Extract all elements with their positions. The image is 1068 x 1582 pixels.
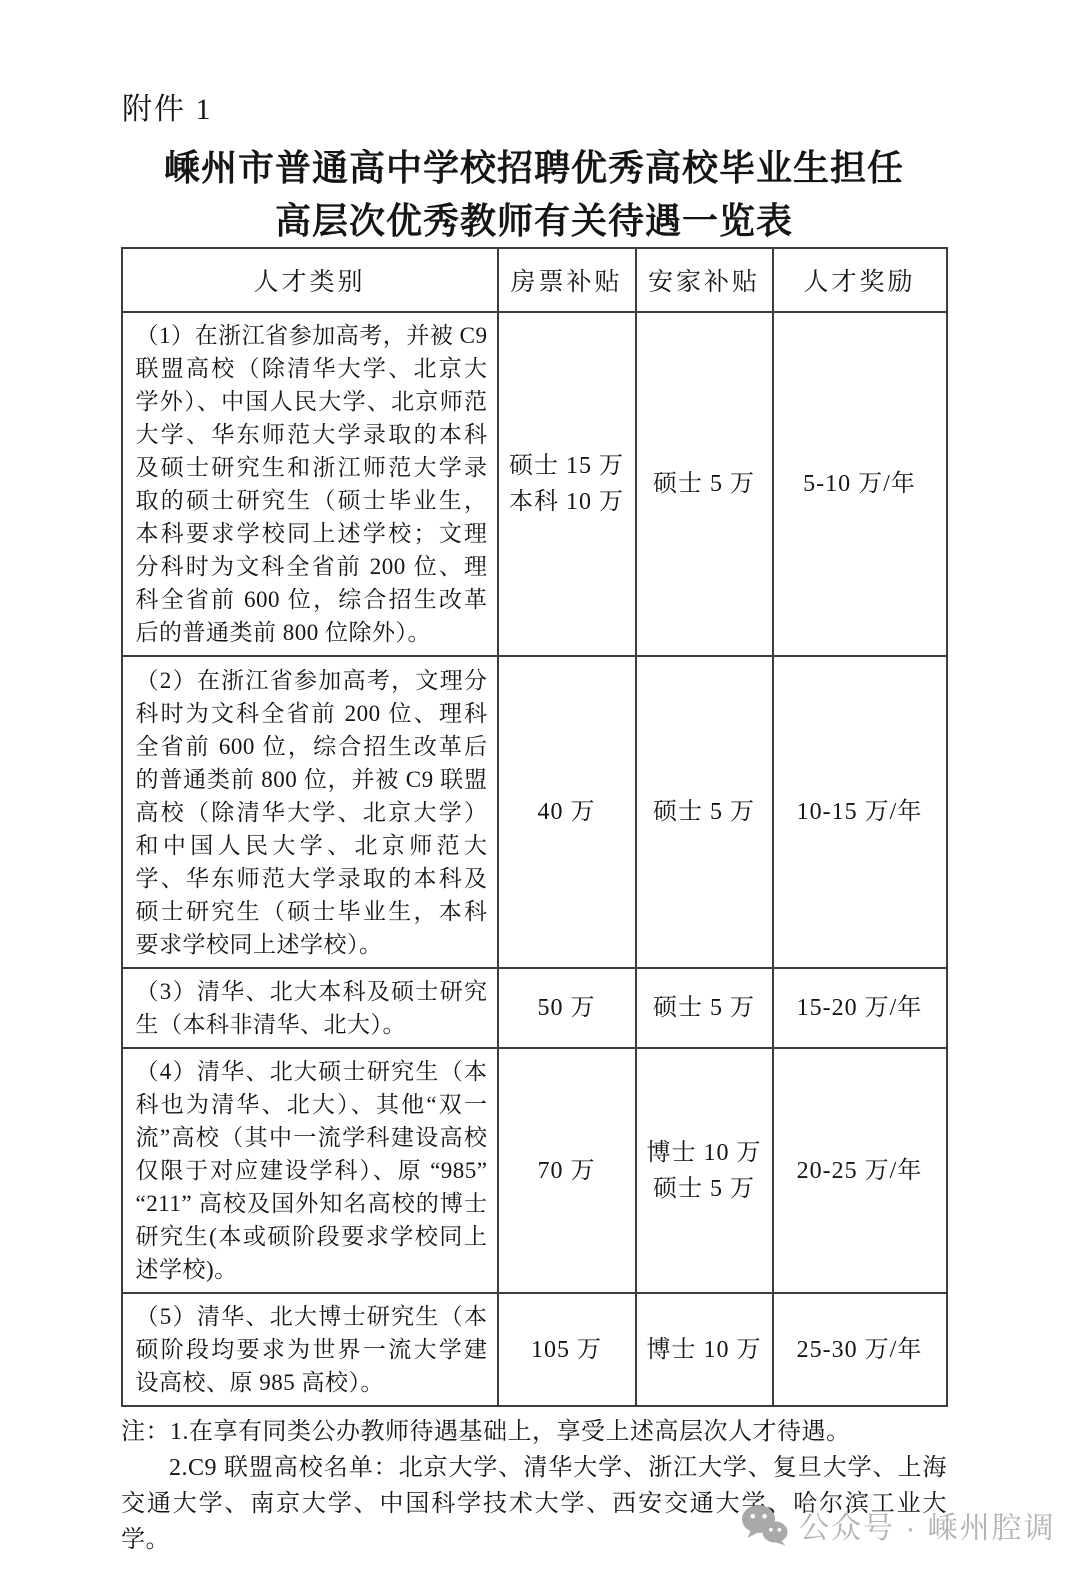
footnote-1: 注：1.在享有同类公办教师待遇基础上，享受上述高层次人才待遇。 [121, 1414, 947, 1450]
header-housing-subsidy: 房票补贴 [498, 248, 636, 312]
cell-talent-reward: 20-25 万/年 [773, 1048, 947, 1293]
document-page: 附件 1 嵊州市普通高中学校招聘优秀高校毕业生担任 高层次优秀教师有关待遇一览表… [0, 0, 1068, 1582]
cell-housing-subsidy: 硕士 15 万 本科 10 万 [498, 312, 636, 656]
header-settling-subsidy: 安家补贴 [636, 248, 773, 312]
page-title-line2: 高层次优秀教师有关待遇一览表 [0, 194, 1068, 247]
table-row: （5）清华、北大博士研究生（本硕阶段均要求为世界一流大学建设高校、原 985 高… [122, 1293, 947, 1406]
cell-talent-category: （3）清华、北大本科及硕士研究生（本科非清华、北大）。 [122, 968, 498, 1048]
cell-settling-subsidy: 博士 10 万 [636, 1293, 773, 1406]
cell-talent-reward: 15-20 万/年 [773, 968, 947, 1048]
cell-settling-subsidy: 硕士 5 万 [636, 968, 773, 1048]
cell-housing-subsidy: 40 万 [498, 656, 636, 968]
wechat-watermark: 公众号 · 嵊州腔调 [741, 1503, 1056, 1547]
table-header-row: 人才类别 房票补贴 安家补贴 人才奖励 [122, 248, 947, 312]
header-talent-reward: 人才奖励 [773, 248, 947, 312]
cell-talent-category: （1）在浙江省参加高考，并被 C9 联盟高校（除清华大学、北京大学外）、中国人民… [122, 312, 498, 656]
table-row: （2）在浙江省参加高考，文理分科时为文科全省前 200 位、理科全省前 600 … [122, 656, 947, 968]
page-title-line1: 嵊州市普通高中学校招聘优秀高校毕业生担任 [0, 141, 1068, 194]
table-row: （3）清华、北大本科及硕士研究生（本科非清华、北大）。 50 万 硕士 5 万 … [122, 968, 947, 1048]
cell-talent-category: （5）清华、北大博士研究生（本硕阶段均要求为世界一流大学建设高校、原 985 高… [122, 1293, 498, 1406]
cell-settling-subsidy: 硕士 5 万 [636, 312, 773, 656]
cell-talent-category: （4）清华、北大硕士研究生（本科也为清华、北大）、其他“双一流”高校（其中一流学… [122, 1048, 498, 1293]
cell-talent-reward: 5-10 万/年 [773, 312, 947, 656]
wechat-icon [741, 1504, 788, 1546]
cell-housing-subsidy: 70 万 [498, 1048, 636, 1293]
table-row: （1）在浙江省参加高考，并被 C9 联盟高校（除清华大学、北京大学外）、中国人民… [122, 312, 947, 656]
attachment-label: 附件 1 [122, 92, 1068, 128]
table-row: （4）清华、北大硕士研究生（本科也为清华、北大）、其他“双一流”高校（其中一流学… [122, 1048, 947, 1293]
header-talent-category: 人才类别 [122, 248, 498, 312]
watermark-text: 公众号 · 嵊州腔调 [799, 1503, 1056, 1547]
cell-talent-category: （2）在浙江省参加高考，文理分科时为文科全省前 200 位、理科全省前 600 … [122, 656, 498, 968]
page-title: 嵊州市普通高中学校招聘优秀高校毕业生担任 高层次优秀教师有关待遇一览表 [0, 141, 1068, 247]
cell-housing-subsidy: 105 万 [498, 1293, 636, 1406]
benefits-table: 人才类别 房票补贴 安家补贴 人才奖励 （1）在浙江省参加高考，并被 C9 联盟… [121, 247, 948, 1407]
cell-talent-reward: 10-15 万/年 [773, 656, 947, 968]
cell-housing-subsidy: 50 万 [498, 968, 636, 1048]
cell-settling-subsidy: 博士 10 万 硕士 5 万 [636, 1048, 773, 1293]
cell-settling-subsidy: 硕士 5 万 [636, 656, 773, 968]
cell-talent-reward: 25-30 万/年 [773, 1293, 947, 1406]
